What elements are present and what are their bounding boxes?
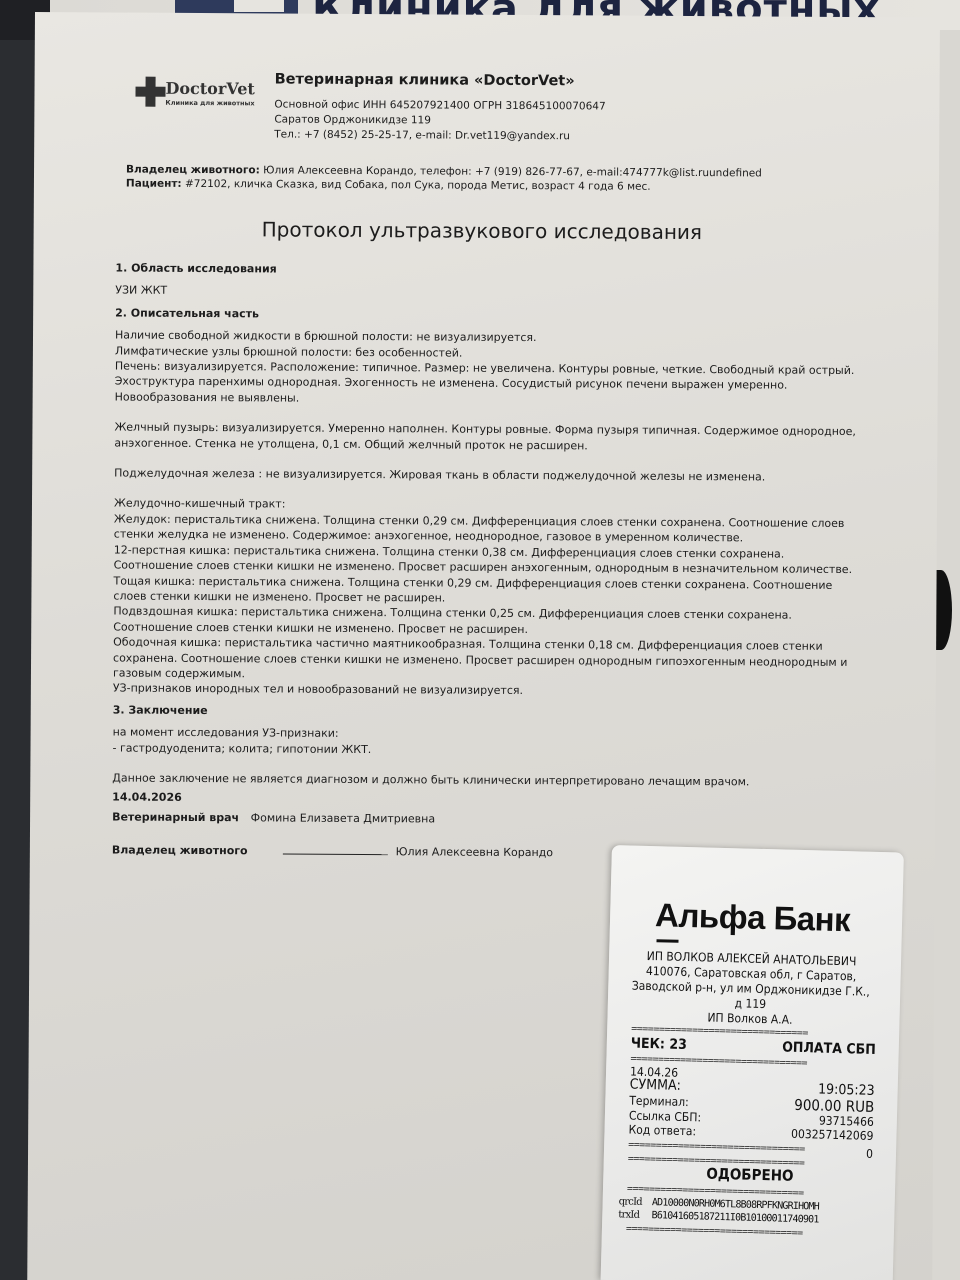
finding-stomach: Желудок: перистальтика снижена. Толщина … xyxy=(114,511,864,546)
trxid-label: trxId xyxy=(618,1208,646,1222)
transaction-ids: qrcId AD10000N0RH0M6TL8B08RPFKNGRIHOMH t… xyxy=(618,1195,879,1228)
finding-liver: Печень: визуализируется. Расположение: т… xyxy=(115,359,865,410)
section-3-heading: 3. Заключение xyxy=(113,702,863,722)
document-content: 1. Область исследования УЗИ ЖКТ 2. Описа… xyxy=(112,260,866,862)
section-1-body: УЗИ ЖКТ xyxy=(115,283,865,303)
patient-label: Пациент: xyxy=(126,178,182,190)
clinic-name: Ветеринарная клиника «DoctorVet» xyxy=(275,71,835,90)
finding-foreign-bodies: УЗ-признаков инородных тел и новообразов… xyxy=(113,681,863,701)
finding-duodenum: 12-перстная кишка: перистальтика снижена… xyxy=(114,542,864,577)
trxid-value: B61041605187211I0B10100011740901 xyxy=(651,1210,818,1225)
finding-gallbladder: Желчный пузырь: визуализируется. Умеренн… xyxy=(114,420,864,455)
sbp-link-value: 003257142069 xyxy=(791,1128,874,1143)
document-title: Протокол ультразвукового исследования xyxy=(262,217,702,244)
owner-sign-label: Владелец животного xyxy=(112,844,248,858)
finding-colon: Ободочная кишка: перистальтика частично … xyxy=(113,635,863,686)
qrcid-label: qrcId xyxy=(618,1195,646,1209)
signature-blank xyxy=(283,844,388,856)
terminal-label: Терминал: xyxy=(629,1095,689,1110)
payment-type: ОПЛАТА СБП xyxy=(782,1042,876,1057)
vet-name: Фомина Елизавета Дмитриевна xyxy=(251,811,436,825)
bank-name: Альфа Банк xyxy=(655,896,851,938)
owner-patient-block: Владелец животного: Юлия Алексеевна Кора… xyxy=(126,163,762,195)
clinic-logo: DoctorVet Клиника для животных xyxy=(129,75,259,116)
owner-sign-name: Юлия Алексеевна Корандо xyxy=(396,845,553,859)
response-code-value: 0 xyxy=(866,1148,873,1161)
bank-logo: Альфа Банк xyxy=(655,896,851,939)
vet-signature-line: Ветеринарный врач Фомина Елизавета Дмитр… xyxy=(112,809,862,829)
bank-logo-underline-icon xyxy=(656,939,678,943)
vet-label: Ветеринарный врач xyxy=(112,810,239,824)
check-number: ЧЕК: 23 xyxy=(631,1038,687,1052)
section-1-heading: 1. Область исследования xyxy=(115,260,865,280)
sum-label: СУММА: xyxy=(630,1079,681,1093)
check-row: ЧЕК: 23 ОПЛАТА СБП xyxy=(631,1038,876,1057)
finding-ileum: Подвздошная кишка: перистальтика снижена… xyxy=(113,604,863,639)
patient-value: #72102, кличка Сказка, вид Собака, пол С… xyxy=(185,178,651,193)
logo-tagline: Клиника для животных xyxy=(165,99,254,108)
payment-receipt: Альфа Банк ИП ВОЛКОВ АЛЕКСЕЙ АНАТОЛЬЕВИЧ… xyxy=(601,845,904,1280)
section-2-heading: 2. Описательная часть xyxy=(115,305,865,325)
clinic-contacts: Тел.: +7 (8452) 25-25-17, e-mail: Dr.vet… xyxy=(274,127,834,145)
medical-cross-icon xyxy=(135,77,165,107)
response-code-label: Код ответа: xyxy=(628,1124,696,1139)
conclusion-disclaimer: Данное заключение не является диагнозом … xyxy=(112,770,862,790)
clinic-info: Ветеринарная клиника «DoctorVet» Основно… xyxy=(274,71,834,145)
sum-value: 900.00 RUB xyxy=(794,1099,874,1114)
logo-brand: DoctorVet xyxy=(165,79,254,99)
clinic-header: DoctorVet Клиника для животных Ветеринар… xyxy=(130,71,830,75)
owner-label: Владелец животного: xyxy=(126,164,260,177)
separator: ================================ xyxy=(626,1225,871,1239)
merchant-info: ИП ВОЛКОВ АЛЕКСЕЙ АНАТОЛЬЕВИЧ 410076, Са… xyxy=(627,948,874,1029)
finding-jejunum: Тощая кишка: перистальтика снижена. Толщ… xyxy=(113,573,863,608)
document-date: 14.04.2026 xyxy=(112,790,862,810)
